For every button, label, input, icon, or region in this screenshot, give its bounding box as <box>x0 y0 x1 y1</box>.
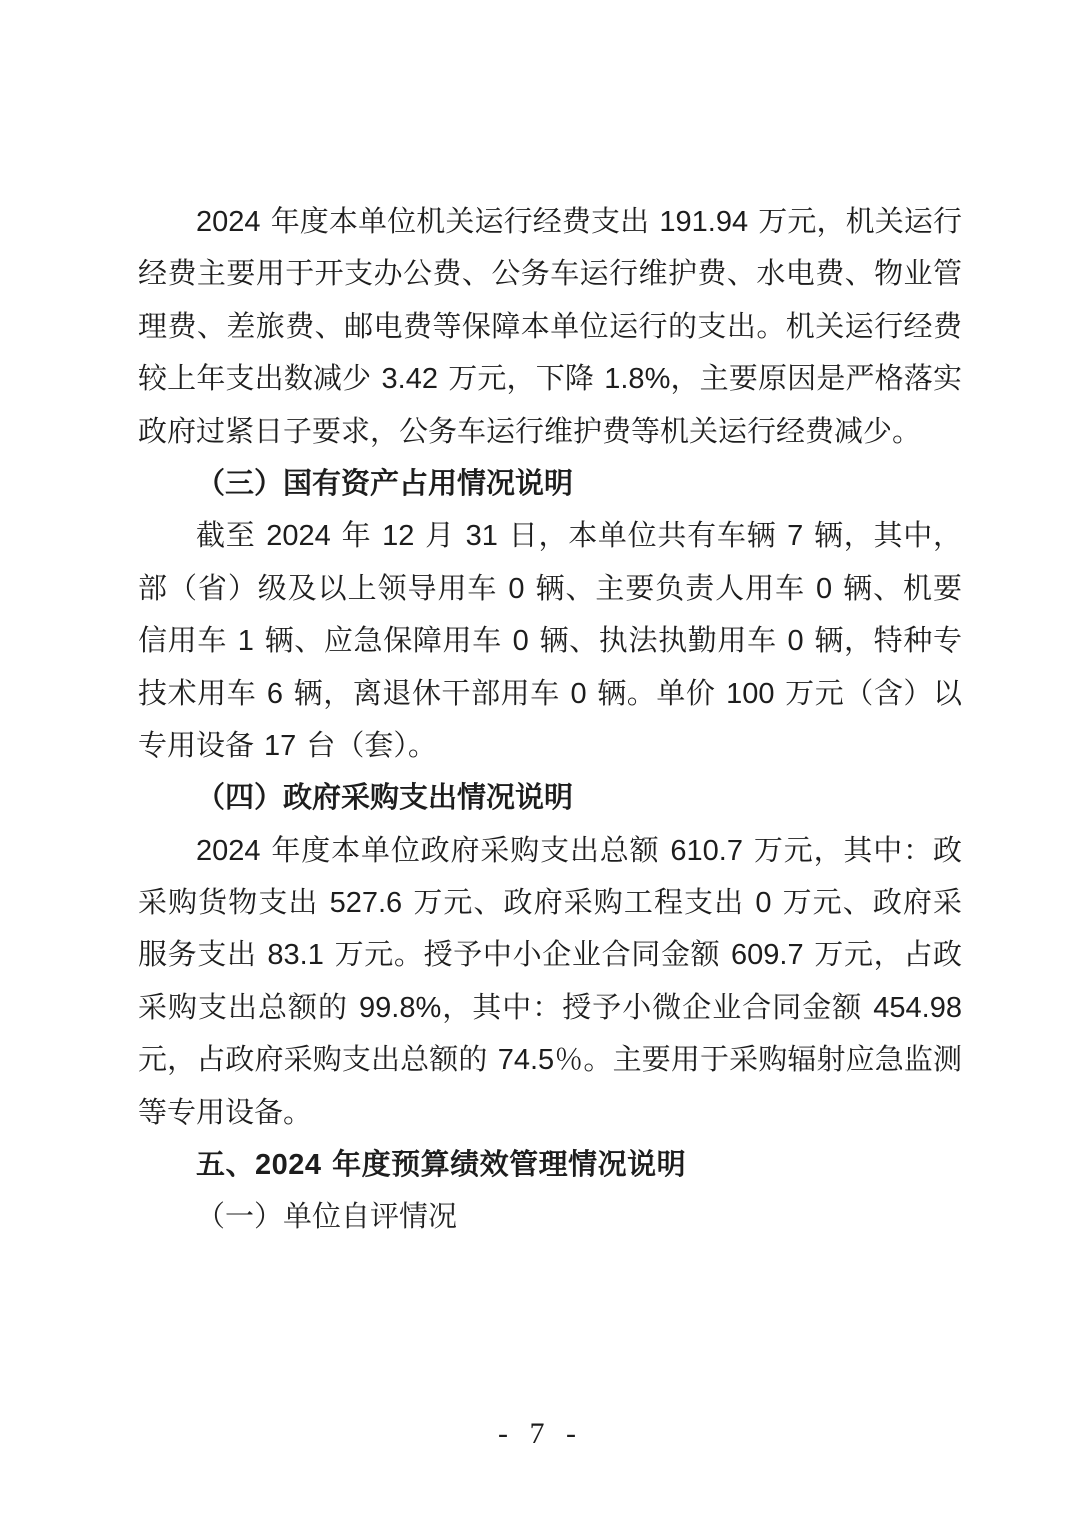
body-text-line: 专用设备 17 台（套）。 <box>138 720 962 772</box>
body-text-line: 等专用设备。 <box>138 1087 962 1139</box>
body-text-line: 2024 年度本单位机关运行经费支出 191.94 万元，机关运行 <box>138 196 962 248</box>
body-text-line: 服务支出 83.1 万元。授予中小企业合同金额 609.7 万元，占政府 <box>138 929 962 981</box>
body-text-line: 较上年支出数减少 3.42 万元，下降 1.8%，主要原因是严格落实 <box>138 353 962 405</box>
body-text-line: 采购货物支出 527.6 万元、政府采购工程支出 0 万元、政府采购 <box>138 877 962 929</box>
subsection-heading: （一）单位自评情况 <box>138 1191 962 1243</box>
body-text-line: 理费、差旅费、邮电费等保障本单位运行的支出。机关运行经费 <box>138 301 962 353</box>
body-text-line: 采购支出总额的 99.8%，其中：授予小微企业合同金额 454.98 万 <box>138 982 962 1034</box>
page-number: - 7 - <box>0 1414 1074 1454</box>
section-heading-4: （四）政府采购支出情况说明 <box>138 772 962 824</box>
body-text-line: 元，占政府采购支出总额的 74.5％。主要用于采购辐射应急监测 <box>138 1034 962 1086</box>
document-body: 2024 年度本单位机关运行经费支出 191.94 万元，机关运行 经费主要用于… <box>138 196 962 1244</box>
body-text-line: 信用车 1 辆、应急保障用车 0 辆、执法执勤用车 0 辆，特种专业 <box>138 615 962 667</box>
section-heading-3: （三）国有资产占用情况说明 <box>138 458 962 510</box>
body-text-line: 技术用车 6 辆，离退休干部用车 0 辆。单价 100 万元（含）以上 <box>138 668 962 720</box>
body-text-line: 2024 年度本单位政府采购支出总额 610.7 万元，其中：政府 <box>138 825 962 877</box>
body-text-line: 部（省）级及以上领导用车 0 辆、主要负责人用车 0 辆、机要通 <box>138 563 962 615</box>
body-text-line: 截至 2024 年 12 月 31 日，本单位共有车辆 7 辆，其中，副 <box>138 510 962 562</box>
body-text-line: 政府过紧日子要求，公务车运行维护费等机关运行经费减少。 <box>138 406 962 458</box>
document-page: 2024 年度本单位机关运行经费支出 191.94 万元，机关运行 经费主要用于… <box>0 0 1074 1520</box>
body-text-line: 经费主要用于开支办公费、公务车运行维护费、水电费、物业管 <box>138 248 962 300</box>
chapter-heading: 五、2024 年度预算绩效管理情况说明 <box>138 1139 962 1191</box>
